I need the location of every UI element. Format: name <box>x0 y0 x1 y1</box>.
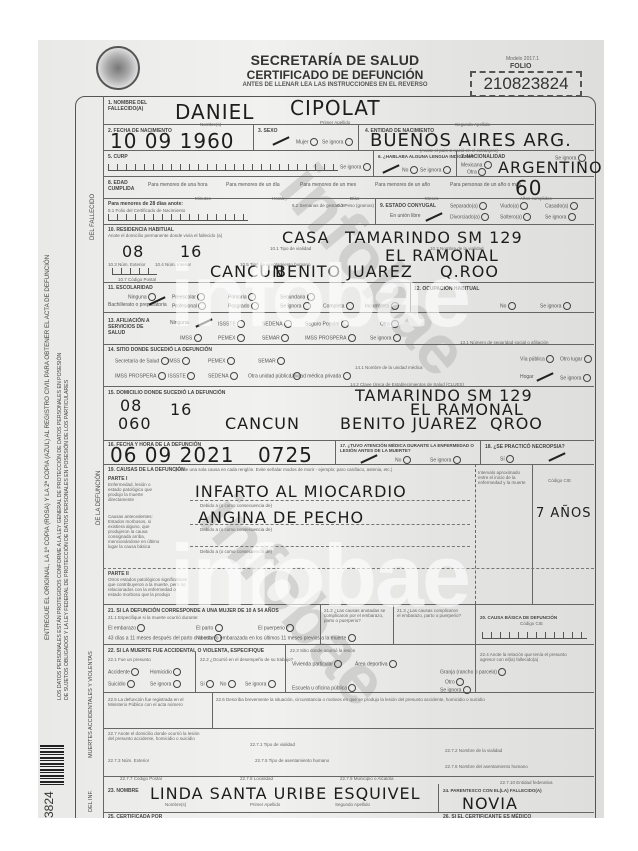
label-lengua-indigena: 6. ¿HABLABA ALGUNA LENGUA INDÍGENA? <box>378 154 474 159</box>
conyugal-casado[interactable]: Casado(a) <box>545 202 578 210</box>
accidental-22-6: 22.6 Describa brevemente la situación, c… <box>216 697 485 702</box>
curp-ignora-option[interactable]: Se ignora <box>340 163 371 171</box>
side-note-entregue: ENTREGUE EL ORIGINAL, LA 1ª COPIA (ROSA)… <box>44 255 51 640</box>
folio-number: 210823824 <box>470 71 582 97</box>
divider <box>456 150 457 176</box>
instructions-note: ANTES DE LLENAR LEA LAS INSTRUCCIONES EN… <box>210 82 460 88</box>
label-informante-nombre: 23. NOMBRE <box>108 788 139 794</box>
conyugal-union-libre[interactable]: En unión libre <box>390 213 421 219</box>
sitio-pemex[interactable]: PEMEX <box>208 357 235 365</box>
lengua-no-option[interactable]: No <box>402 166 418 174</box>
section-label-accidentales: MUERTES ACCIDENTALES Y VIOLENTAS <box>88 651 94 758</box>
label-nombre: 1. NOMBRE DEL FALLECIDO(A) <box>108 100 148 112</box>
conyugal-divorciado[interactable]: Divorciado(a) <box>450 213 489 221</box>
sexo-ignora-option[interactable]: Se ignora <box>322 138 353 146</box>
label-estado-conyugal: 9. ESTADO CONYUGAL <box>380 203 436 209</box>
defuncion-localidad-value: CANCUN <box>225 414 300 433</box>
accidental-22-1: 22.1 Fue un presunto <box>108 657 151 662</box>
accidental-22-7: 22.7 Anote el domicilio donde ocurrió la… <box>108 731 203 741</box>
causa-a-value: INFARTO AL MIOCARDIO <box>195 482 407 501</box>
divider <box>475 644 476 692</box>
defuncion-num-int-value: 16 <box>170 400 192 419</box>
label-necropsia: 18. ¿SE PRACTICÓ NECROPSIA? <box>485 444 565 450</box>
causa-b-intervalo-value: 7 AÑOS <box>536 506 592 521</box>
sub-22-7-7: 22.7.7 Código Postal <box>120 776 162 781</box>
lengua-ignora-option[interactable]: Se ignora <box>420 166 451 174</box>
defuncion-municipio-value: BENITO JUAREZ <box>340 414 478 433</box>
accidental-22-4: 22.4 Anote la relación que tenía el pres… <box>480 652 580 662</box>
label-afiliacion: 13. AFILIACIÓN A SERVICIOS DE SALUD <box>108 318 153 336</box>
conyugal-viudo[interactable]: Viudo(a) <box>500 202 528 210</box>
sub-informante-primer: Primer Apellido <box>250 802 280 807</box>
label-curp: 5. CURP <box>108 154 128 160</box>
sub-22-7-8: 22.7.8 Localidad <box>240 776 273 781</box>
divider <box>253 124 254 150</box>
sub-unidad-medica: 14.1 Nombre de la unidad médica <box>355 365 423 370</box>
sub-22-7-1: 22.7.1 Tipo de vialidad <box>250 742 295 747</box>
parentesco-value: NOVIA <box>462 794 518 813</box>
label-escolaridad: 11. ESCOLARIDAD <box>108 285 153 291</box>
mujer-no-embarazada[interactable]: No estuvo embarazada en los últimos 11 m… <box>196 634 356 642</box>
sitio-imss-prospera[interactable]: IMSS PROSPERA <box>115 372 166 380</box>
edad-opt-dia: Para menores de un día <box>226 182 280 188</box>
sitio-issste[interactable]: ISSSTE <box>168 372 195 380</box>
mexico-seal-icon <box>96 46 140 90</box>
sitio-lesion-vivienda[interactable]: Vivienda particular <box>292 660 342 668</box>
sub-num-ext: 10.3 Núm. Exterior <box>108 262 146 267</box>
document-title: CERTIFICADO DE DEFUNCIÓN <box>210 68 460 82</box>
sitio-ignora[interactable]: Se ignora <box>560 374 591 382</box>
causa-basica-input[interactable] <box>482 632 587 639</box>
informante-nombre-value: LINDA SANTA URIBE ESQUIVEL <box>150 784 421 803</box>
edad-opt-mas: Para personas de un año o más <box>450 182 521 188</box>
label-edad: 8. EDAD CUMPLIDA <box>108 180 138 192</box>
curp-input[interactable] <box>108 164 338 171</box>
label-parentesco: 24. PARENTESCO CON EL(LA) FALLECIDO(A) <box>443 788 542 793</box>
sub-22-7-9: 22.7.9 Municipio o Alcaldía <box>340 776 394 781</box>
divider <box>285 644 286 692</box>
accidental-22-2: 22.2 ¿Ocurrió en el desempeño de su trab… <box>200 657 293 662</box>
sub-informante-nombre: Nombre(s) <box>165 802 186 807</box>
conyugal-separado[interactable]: Separado(a) <box>450 202 487 210</box>
sitio-lesion-escuela[interactable]: Escuela u oficina pública <box>292 684 356 692</box>
escolaridad-bachillerato[interactable]: Bachillerato o preparatoria <box>108 302 167 308</box>
nombre-value: DANIEL <box>175 100 254 124</box>
sitio-via-publica[interactable]: Vía pública <box>520 355 554 363</box>
label-accidental: 22. SI LA MUERTE FUE ACCIDENTAL O VIOLEN… <box>108 648 264 654</box>
accidental-homicidio[interactable]: Homicidio <box>150 668 181 676</box>
sitio-lesion-granja[interactable]: Granja (rancho o parcela) <box>440 668 506 676</box>
side-note-datos-2: DE SUJETOS OBLIGADOS Y LA LEY FEDERAL DE… <box>64 380 70 700</box>
trabajo-no[interactable]: No <box>220 680 236 688</box>
barcode <box>40 745 64 785</box>
label-causa-basica: 20. CAUSA BÁSICA DE DEFUNCIÓN <box>480 615 557 620</box>
ocupacion-no[interactable]: No <box>500 302 516 310</box>
sitio-privada[interactable]: Unidad médica privada <box>290 372 351 380</box>
divider <box>475 464 476 604</box>
edad-opt-anio: Para menores de un año <box>375 182 430 188</box>
bottom-margin <box>0 818 638 851</box>
nacionalidad-otra-option[interactable]: Otra <box>467 168 486 176</box>
label-sexo: 3. SEXO <box>258 128 277 134</box>
barcode-number: 3824 <box>42 791 56 818</box>
divider <box>532 464 533 604</box>
accidental-22-3: 22.3 Sitio donde ocurrió la lesión <box>290 648 355 653</box>
sub-informante-segundo: Segundo Apellido <box>335 802 370 807</box>
divider <box>375 198 376 224</box>
divider <box>373 150 374 176</box>
sexo-mujer-option[interactable]: Mujer <box>296 138 318 146</box>
sub-22-7-2: 22.7.2 Nombre de la vialidad <box>445 748 502 753</box>
section-label-informante: DEL INF. <box>88 790 94 812</box>
atencion-no[interactable]: No <box>395 456 411 464</box>
residencia-num-ext-value: 08 <box>122 242 144 261</box>
label-menores-28: Para menores de 28 días anote: <box>108 201 183 207</box>
side-note-datos-1: LOS DATOS PERSONALES ESTÁN PROTEGIDOS CO… <box>57 353 63 700</box>
watermark-infobae-center: infobae <box>170 525 469 627</box>
modelo-label: Modelo 2017.1 <box>506 56 539 62</box>
primer-apellido-value: CIPOLAT <box>290 96 381 120</box>
accidental-accidente[interactable]: Accidente <box>108 668 139 676</box>
divider <box>480 440 481 464</box>
parte1-desc: Enfermedad, lesión o estado patológico q… <box>108 482 163 502</box>
causas-desc: (Anote una sola causa en cada renglón. E… <box>175 467 392 472</box>
conyugal-ignora[interactable]: Se ignora <box>545 213 576 221</box>
watermark-infobae-top: infobae <box>170 245 469 347</box>
sub-folio-nacimiento: 8.1 Folio del Certificado de Nacimiento <box>108 208 185 213</box>
sub-22-7-3: 22.7.3 Núm. Exterior <box>108 758 149 763</box>
accidental-suicidio[interactable]: Suicidio <box>108 680 135 688</box>
sitio-otro-lugar[interactable]: Otro lugar <box>560 355 592 363</box>
trabajo-ignora[interactable]: Se ignora <box>245 680 276 688</box>
accidental-ignora[interactable]: Se ignora <box>150 680 181 688</box>
divider <box>212 692 213 728</box>
residencia-cp-input[interactable] <box>112 268 157 275</box>
divider <box>195 652 196 692</box>
defuncion-cp-value: 060 <box>118 414 152 433</box>
divider <box>358 124 359 150</box>
ocupacion-ignora[interactable]: Se ignora <box>540 302 571 310</box>
edad-opt-hora: Para menores de una hora <box>148 182 207 188</box>
line-causa-a <box>190 500 470 501</box>
sub-22-7-5: 22.7.5 Tipo de asentamiento humano <box>255 758 329 763</box>
edad-opt-mes: Para menores de un mes <box>300 182 356 188</box>
label-sitio: 14. SITIO DONDE SUCEDIÓ LA DEFUNCIÓN <box>108 347 212 353</box>
mujer-embarazo[interactable]: El embarazo <box>108 624 145 632</box>
conyugal-soltero[interactable]: Soltero(a) <box>500 213 531 221</box>
sitio-sedena[interactable]: SEDENA <box>208 372 238 380</box>
agency-title: SECRETARÍA DE SALUD <box>210 52 460 68</box>
label-causas: 19. CAUSAS DE LA DEFUNCIÓN <box>108 467 185 473</box>
codigo-cie-label: Código CIE <box>548 478 571 483</box>
defuncion-entidad-value: QROO <box>490 414 543 433</box>
causa-basica-cie: Código CIE <box>520 621 543 626</box>
sub-peso: 8.3 Peso (gramos) <box>337 203 374 208</box>
section-label-defuncion: DE LA DEFUNCIÓN <box>96 471 102 525</box>
atencion-ignora[interactable]: Se ignora <box>430 456 461 464</box>
trabajo-si[interactable]: Sí <box>200 680 214 688</box>
sub-22-7-6: 22.7.6 Nombre del asentamiento humano <box>445 764 528 769</box>
divider <box>335 440 336 464</box>
sitio-semar[interactable]: SEMAR <box>258 357 285 365</box>
defuncion-num-ext-value: 08 <box>120 396 142 415</box>
sitio-hogar[interactable]: Hogar <box>520 374 534 380</box>
folio-nacimiento-input[interactable] <box>108 214 248 221</box>
section-label-fallecido: DEL FALLECIDO <box>90 194 96 240</box>
label-atencion-medica: 17. ¿TUVO ATENCIÓN MÉDICA DURANTE LA ENF… <box>340 443 475 453</box>
necropsia-si[interactable]: Sí <box>500 455 514 463</box>
nacionalidad-value: ARGENTINO <box>498 158 603 177</box>
sitio-lesion-otro[interactable]: Otro <box>445 678 464 686</box>
sitio-imss[interactable]: IMSS <box>168 357 190 365</box>
sitio-ssa[interactable]: Secretaría de Salud <box>115 357 169 365</box>
escolaridad-ninguna[interactable]: Ninguna <box>128 293 156 301</box>
accidental-22-5: 22.5 La defunción fue registrada en el M… <box>108 697 193 707</box>
sitio-lesion-area-deportiva[interactable]: Área deportiva <box>355 660 397 668</box>
divider <box>438 784 439 812</box>
antecedentes-desc: Causas antecedentes: Estados morbosos, s… <box>108 514 163 549</box>
intervalo-label: Intervalo aproximado entre el inicio de … <box>478 470 530 485</box>
divider <box>475 604 476 644</box>
folio-label: FOLIO <box>510 63 531 70</box>
residencia-desc: Anote el domicilio permanente donde viví… <box>108 233 222 238</box>
